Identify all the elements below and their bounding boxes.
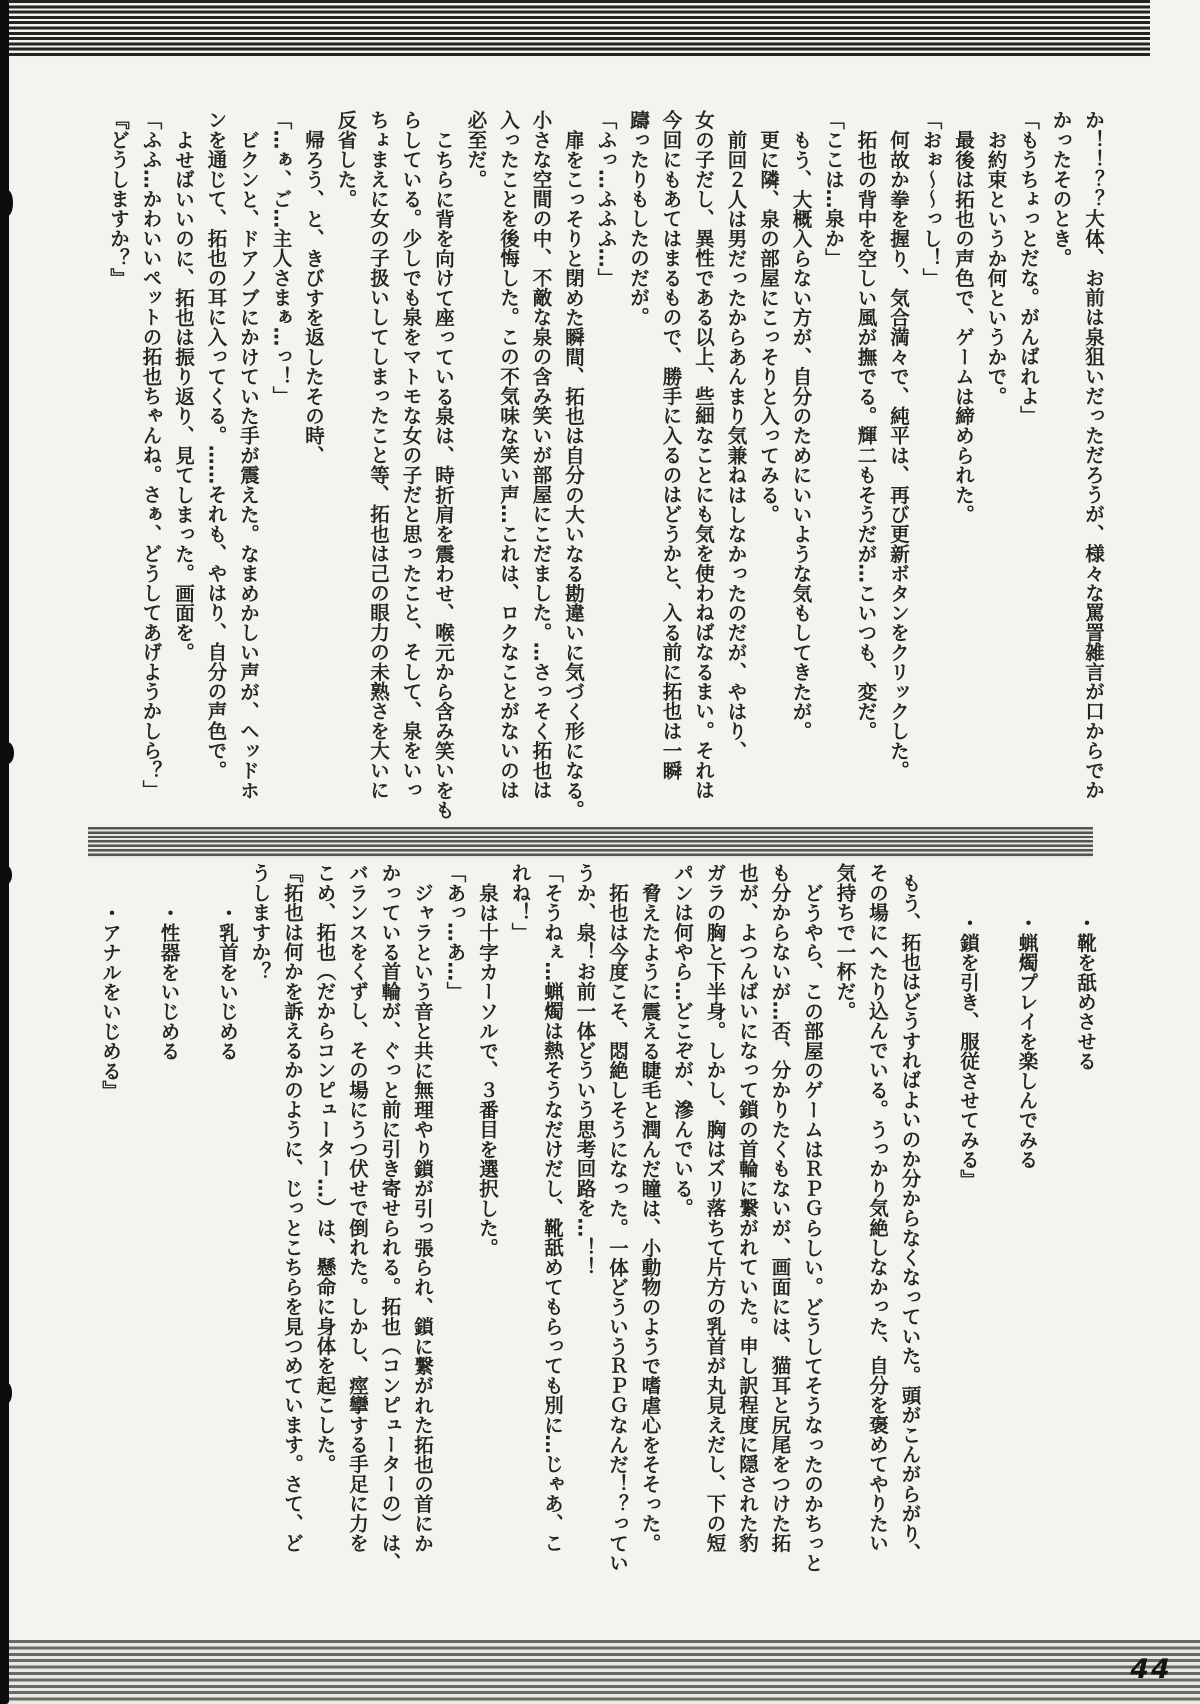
ink-blob <box>3 1383 12 1403</box>
top-text-block: か！！？？大体、お前は泉狙いだっただろうが、様々な罵詈雑言が口からでかかったその… <box>102 110 1110 820</box>
bottom-stripe-band: 44 <box>0 1640 1200 1704</box>
ink-blob <box>2 866 12 884</box>
text-column: 入ったことを後悔した。この不気味な笑い声…これは、ロクなことがないのは <box>492 110 525 820</box>
top-stripe-band <box>0 0 1150 57</box>
text-column: 「そうねぇ…蝋燭は熱そうなだけだし、靴舐めてもらっても別に…じゃあ、こ <box>536 863 569 1573</box>
text-column: 「おぉ～～っし！」 <box>914 110 947 820</box>
text-column: らしている。少しでも泉をマトモな女の子だと思ったこと、そして、泉をいっ <box>394 110 427 820</box>
text-column: 小さな空間の中、不敵な泉の含み笑いが部屋にこだました。…さっそく拓也は <box>524 110 557 820</box>
text-column: 何故か拳を握り、気合満々で、純平は、再び更新ボタンをクリックした。 <box>882 110 915 820</box>
text-column: ビクンと、ドアノブにかけていた手が震えた。なまめかしい声が、ヘッドホ <box>232 110 265 820</box>
text-column: 也が、よつんばいになって鎖の首輪に繋がれていた。申し訳程度に隠された豹 <box>731 863 764 1573</box>
text-column: 拓也の背中を空しい風が撫でる。輝二もそうだが…こいつも、変だ。 <box>849 110 882 820</box>
page-number: 44 <box>1127 1654 1175 1685</box>
text-column: 「もうちょっとだな。がんばれよ」 <box>1012 110 1045 820</box>
text-column: か！！？？大体、お前は泉狙いだっただろうが、様々な罵詈雑言が口からでか <box>1077 110 1110 820</box>
text-column: 帰ろう、と、きびすを返したその時、 <box>297 110 330 820</box>
text-column: お約束というか何というかで。 <box>979 110 1012 820</box>
text-column: かっている首輪が、ぐっと前に引き寄せられる。拓也（コンピューターの）は、 <box>373 863 406 1573</box>
text-column: 躊ったりもしたのだが。 <box>622 110 655 820</box>
text-column: 「あっ…あ…」 <box>438 863 471 1573</box>
ink-blob <box>2 190 13 216</box>
scanned-doujin-page: か！！？？大体、お前は泉狙いだっただろうが、様々な罵詈雑言が口からでかかったその… <box>0 0 1200 1704</box>
text-column: 『拓也は何かを訴えるかのように、じっとこちらを見つめています。さて、ど <box>276 863 309 1573</box>
text-column: どうやら、この部屋のゲームはＲＰＧらしい。どうしてそうなったのかちっと <box>796 863 829 1573</box>
text-column: 今回にもあてはまるもので、勝手に入るのはどうかと、入る前に拓也は一瞬 <box>654 110 687 820</box>
text-column: 反省した。 <box>329 110 362 820</box>
text-column: こめ、拓也（だからコンピューター…）は、懸命に身体を起こした。 <box>308 863 341 1573</box>
text-column: ンを通じて、拓也の耳に入ってくる。……それも、やはり、自分の声色で。 <box>199 110 232 820</box>
text-column: バランスをくずし、その場にうつ伏せで倒れた。しかし、痙攣する手足に力を <box>341 863 374 1573</box>
text-column: 「…ぁ、ご…主人さまぁ…っ！」 <box>264 110 297 820</box>
text-column: 脅えたように震える睫毛と潤んだ瞳は、小動物のようで嗜虐心をそそった。 <box>633 863 666 1573</box>
text-column: ・鎖を引き、服従させてみる』 <box>952 863 985 1573</box>
section-divider-stripes <box>88 827 1093 858</box>
text-column: れね！」 <box>503 863 536 1573</box>
text-column: ちょまえに女の子扱いしてしまったこと等、拓也は己の眼力の未熟さを大いに <box>362 110 395 820</box>
text-column: 『どうしますか？』 <box>102 110 135 820</box>
text-column: 「ふふ…かわいいペットの拓也ちゃんね。さぁ、どうしてあげようかしら？」 <box>134 110 167 820</box>
text-column: 「ここは…泉か」 <box>817 110 850 820</box>
text-column: 最後は拓也の声色で、ゲームは締められた。 <box>947 110 980 820</box>
text-column: ・アナルをいじめる』 <box>94 863 127 1573</box>
left-scan-edge <box>0 0 9 1704</box>
text-column: ガラの胸と下半身。しかし、胸はズリ落ちて片方の乳首が丸見えだし、下の短 <box>698 863 731 1573</box>
text-column: もう、拓也はどうすればよいのか分からなくなっていた。頭がこんがらがり、 <box>893 863 926 1573</box>
text-column: うしますか？ <box>243 863 276 1573</box>
text-column: も分からないが…否、分かりたくもないが、画面には、猫耳と尻尾をつけた拓 <box>763 863 796 1573</box>
text-column: 「ふっ…ふふふ…」 <box>589 110 622 820</box>
text-column: 女の子だし、異性である以上、些細なことにも気を使わねばなるまい。それは <box>687 110 720 820</box>
text-column: もう、大概入らない方が、自分のためにいいような気もしてきたが。 <box>784 110 817 820</box>
text-column: 必至だ。 <box>459 110 492 820</box>
text-column: パンは何やら…どこぞが、滲んでいる。 <box>666 863 699 1573</box>
text-column: 前回２人は男だったからあんまり気兼ねはしなかったのだが、やはり、 <box>719 110 752 820</box>
text-column: 気持ちで一杯だ。 <box>828 863 861 1573</box>
text-column: うか、泉！お前一体どういう思考回路を…！！ <box>568 863 601 1573</box>
text-column: 扉をこっそりと閉めた瞬間、拓也は自分の大いなる勘違いに気づく形になる。 <box>557 110 590 820</box>
text-column: ・乳首をいじめる <box>211 863 244 1573</box>
text-column: よせばいいのに、拓也は振り返り、見てしまった。画面を。 <box>167 110 200 820</box>
ink-blob <box>1 742 14 764</box>
text-column: 泉は十字カーソルで、３番目を選択した。 <box>471 863 504 1573</box>
text-column: ジャラという音と共に無理やり鎖が引っ張られ、鎖に繋がれた拓也の首にか <box>406 863 439 1573</box>
text-column: かったそのとき。 <box>1044 110 1077 820</box>
text-column: ・蝋燭プレイを楽しんでみる <box>1010 863 1043 1573</box>
text-column: その場にへたり込んでいる。うっかり気絶しなかった、自分を褒めてやりたい <box>861 863 894 1573</box>
text-column: ・性器をいじめる <box>152 863 185 1573</box>
text-column: こちらに背を向けて座っている泉は、時折肩を震わせ、喉元から含み笑いをも <box>427 110 460 820</box>
text-column: ・靴を舐めさせる <box>1069 863 1102 1573</box>
text-column: 更に隣、泉の部屋にこっそりと入ってみる。 <box>752 110 785 820</box>
bottom-text-block: ・靴を舐めさせる・蝋燭プレイを楽しんでみる・鎖を引き、服従させてみる』もう、拓也… <box>68 863 1102 1573</box>
text-column: 拓也は今度こそ、悶絶しそうになった。一体どういうＲＰＧなんだ！？ってい <box>601 863 634 1573</box>
